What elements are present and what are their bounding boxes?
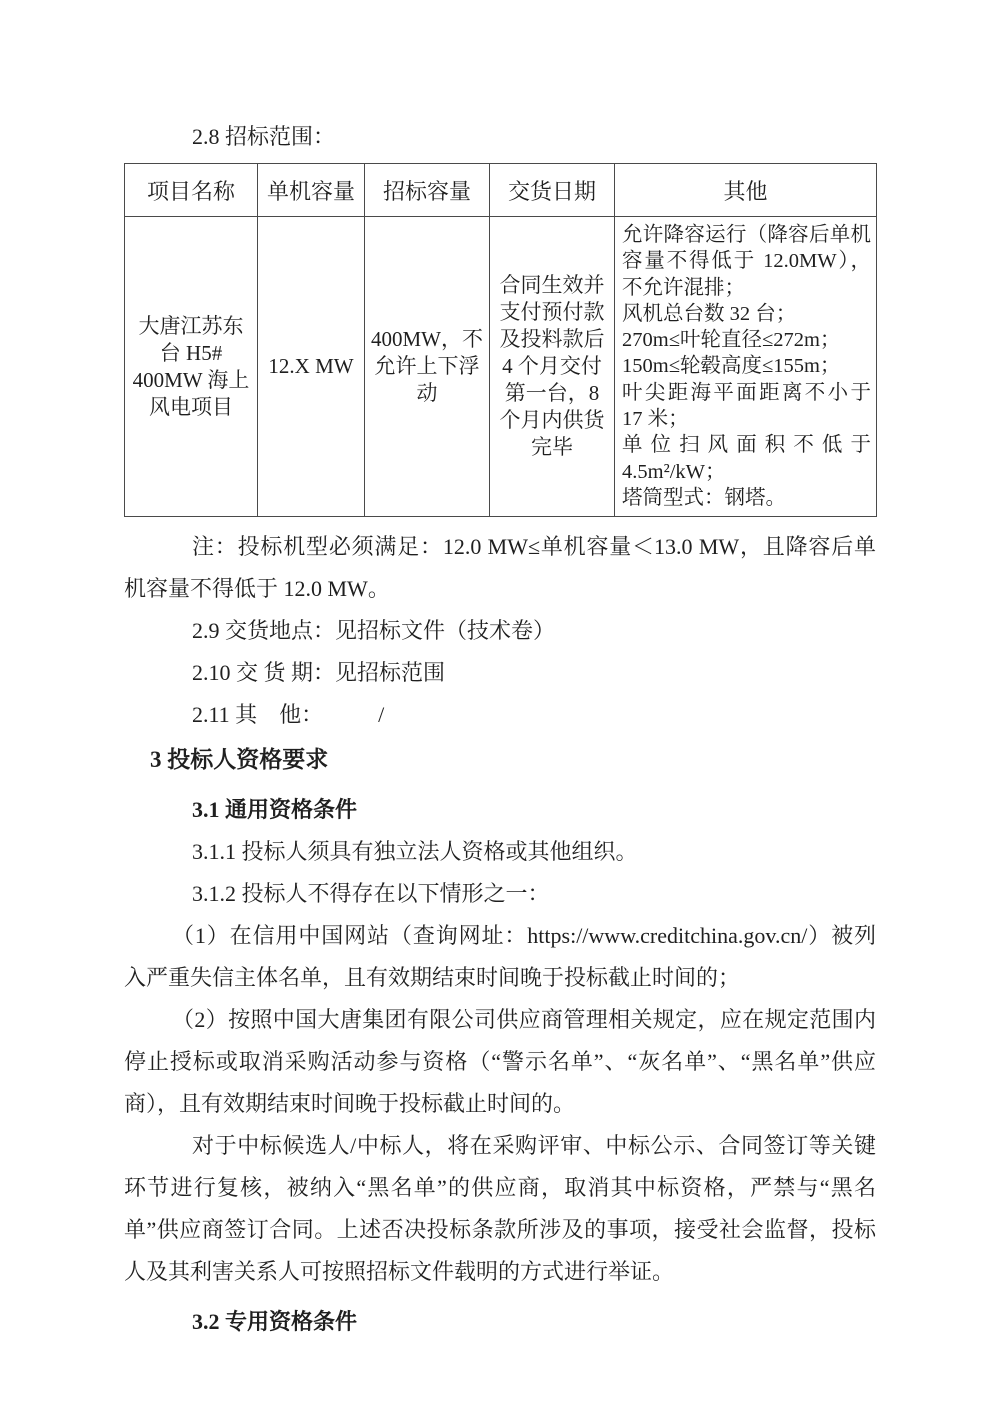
section-3-2-heading: 3.2 专用资格条件	[124, 1301, 876, 1343]
other-requirement-line: 风机总台数 32 台；	[622, 301, 871, 327]
other-requirement-line: 允许降容运行（降容后单机容量不得低于 12.0MW），不允许混排；	[622, 222, 871, 301]
table-note: 注：投标机型必须满足：12.0 MW≤单机容量＜13.0 MW，且降容后单机容量…	[124, 526, 876, 610]
header-unit-capacity: 单机容量	[258, 164, 365, 217]
cell-delivery-date: 合同生效并支付预付款及投料款后 4 个月交付第一台，8 个月内供货完毕	[490, 217, 615, 517]
condition-2: （2）按照中国大唐集团有限公司供应商管理相关规定，应在规定范围内停止授标或取消采…	[124, 999, 876, 1125]
clause-2-9: 2.9 交货地点：见招标文件（技术卷）	[124, 610, 876, 652]
clause-3-1-1: 3.1.1 投标人须具有独立法人资格或其他组织。	[124, 831, 876, 873]
condition-1: （1）在信用中国网站（查询网址：https://www.creditchina.…	[124, 915, 876, 999]
cell-unit-capacity: 12.X MW	[258, 217, 365, 517]
cell-other: 允许降容运行（降容后单机容量不得低于 12.0MW），不允许混排； 风机总台数 …	[615, 217, 877, 517]
other-requirement-line: 单位扫风面积不低于 4.5m²/kW；	[622, 432, 871, 485]
section-3-heading: 3 投标人资格要求	[124, 739, 876, 781]
clause-3-1-2: 3.1.2 投标人不得存在以下情形之一：	[124, 873, 876, 915]
tender-scope-table: 项目名称 单机容量 招标容量 交货日期 其他 大唐江苏东台 H5# 400MW …	[124, 163, 877, 517]
blacklist-review-paragraph: 对于中标候选人/中标人，将在采购评审、中标公示、合同签订等关键环节进行复核，被纳…	[124, 1125, 876, 1293]
clause-2-10: 2.10 交 货 期：见招标范围	[124, 652, 876, 694]
clause-2-11: 2.11 其 他： /	[124, 694, 876, 736]
table-header-row: 项目名称 单机容量 招标容量 交货日期 其他	[125, 164, 877, 217]
other-requirement-line: 270m≤叶轮直径≤272m；	[622, 327, 871, 353]
header-tender-capacity: 招标容量	[365, 164, 490, 217]
table-row: 大唐江苏东台 H5# 400MW 海上风电项目 12.X MW 400MW，不允…	[125, 217, 877, 517]
cell-tender-capacity: 400MW，不允许上下浮动	[365, 217, 490, 517]
section-3-1-heading: 3.1 通用资格条件	[124, 789, 876, 831]
other-requirement-line: 150m≤轮毂高度≤155m；	[622, 353, 871, 379]
document-page: 2.8 招标范围： 项目名称 单机容量 招标容量 交货日期 其他 大唐江苏东台 …	[0, 0, 1000, 1414]
cell-project-name: 大唐江苏东台 H5# 400MW 海上风电项目	[125, 217, 258, 517]
header-other: 其他	[615, 164, 877, 217]
other-requirement-line: 叶尖距海平面距离不小于 17 米；	[622, 380, 871, 433]
header-delivery-date: 交货日期	[490, 164, 615, 217]
header-project-name: 项目名称	[125, 164, 258, 217]
clause-2-8-heading: 2.8 招标范围：	[124, 116, 876, 158]
other-requirement-line: 塔筒型式：钢塔。	[622, 485, 871, 511]
